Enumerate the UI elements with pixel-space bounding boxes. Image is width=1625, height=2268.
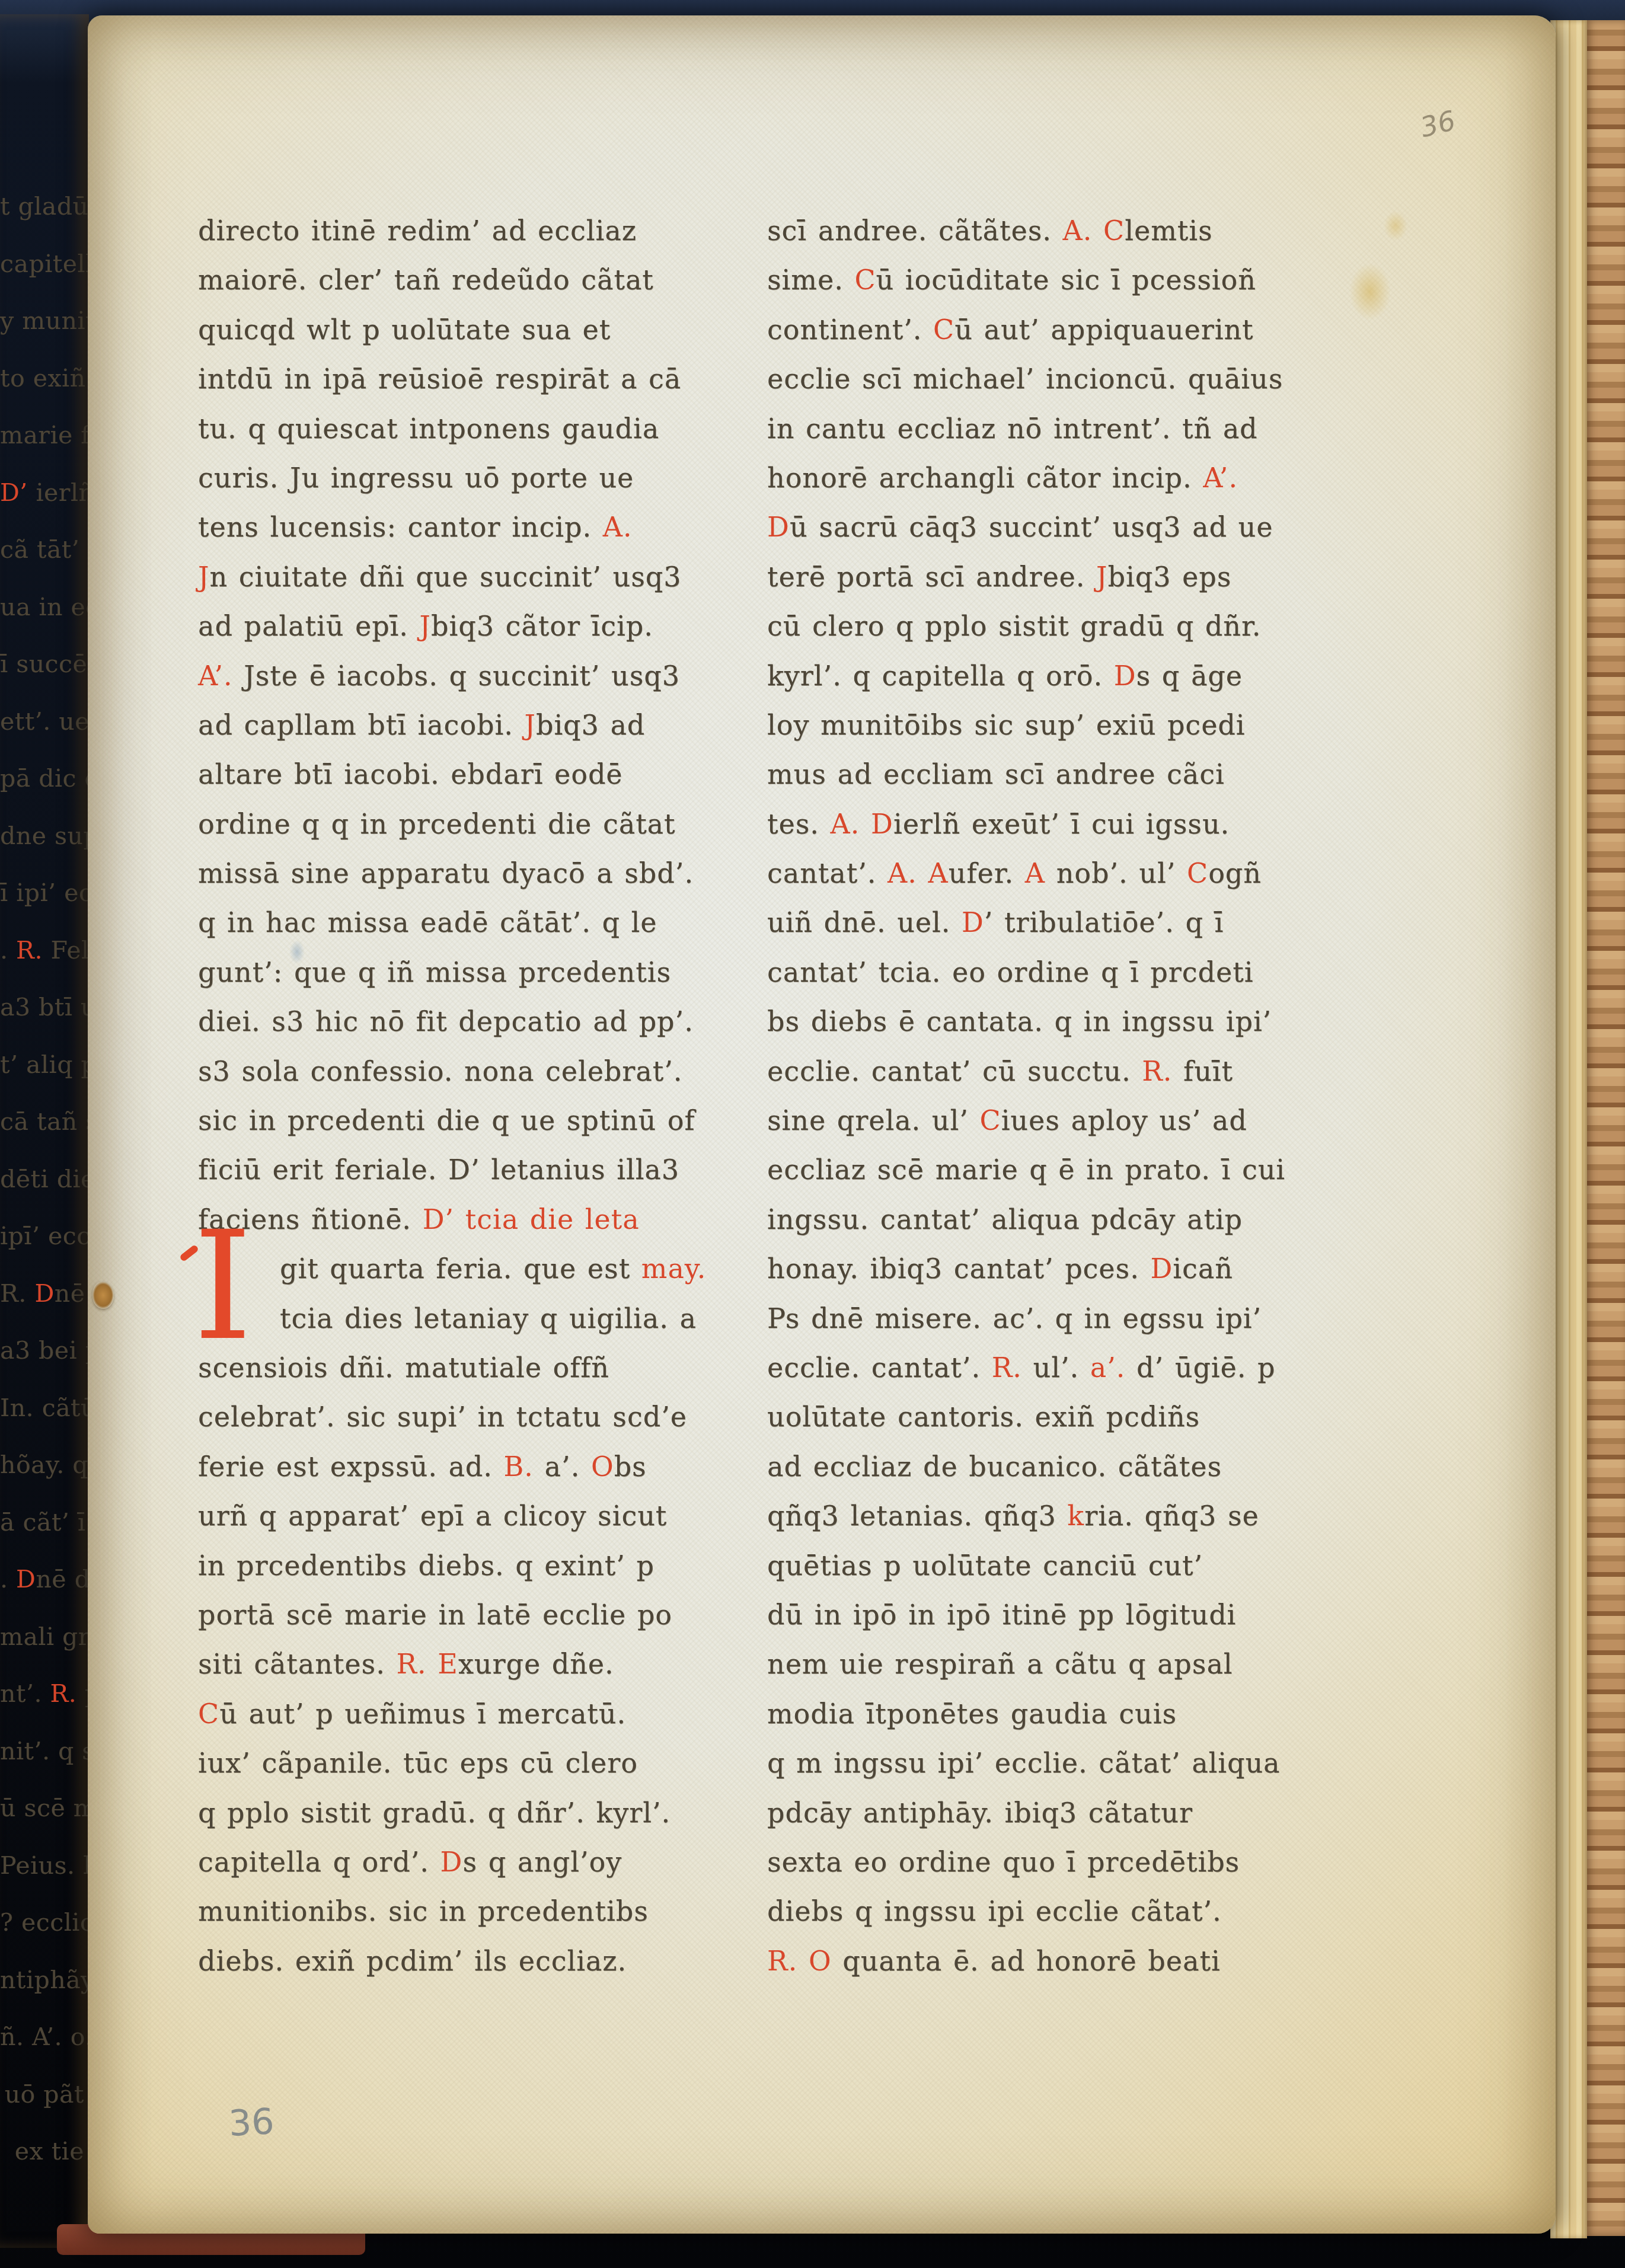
rubric-text: D <box>962 906 984 938</box>
body-text: biq3 eps <box>1108 561 1232 593</box>
manuscript-line: in cantu eccliaz nō intrent’. tñ ad <box>767 404 1330 453</box>
manuscript-line: sine qrela. ul’ Ciues aploy us’ ad <box>767 1096 1330 1145</box>
manuscript-line: a3 btī uitāl <box>0 979 89 1036</box>
body-text: ñ. A’. o. <box>0 2023 89 2051</box>
rubric-text: C <box>198 1698 219 1730</box>
manuscript-line: uō pãt <box>0 2066 89 2123</box>
body-text: urñ q apparat’ epī a clicoy sicut <box>198 1500 667 1532</box>
manuscript-line: ad capllam btī iacobi. Jbiq3 ad <box>198 701 723 750</box>
body-text: n ciuitate dñi que succinit’ usq3 <box>209 561 681 593</box>
manuscript-line: bs diebs ē cantata. q in ingssu ipi’ <box>767 997 1330 1046</box>
manuscript-line: ua in ecclia <box>0 579 89 636</box>
body-text: ā cãt’ ī pāy <box>0 1508 89 1537</box>
body-text: ex tie <box>15 2137 84 2165</box>
body-text: ficiū erit feriale. D’ letanius illa3 <box>198 1154 679 1186</box>
manuscript-line: gunt’: que q iñ missa prcedentis <box>198 948 723 997</box>
body-text: modia ītponētes gaudia cuis <box>767 1698 1177 1730</box>
rubric-text: B. <box>504 1451 534 1483</box>
body-text: continent’. <box>767 314 933 346</box>
parchment-stain <box>1384 211 1407 241</box>
body-text: ū scē ma <box>0 1794 89 1822</box>
manuscript-line: honorē archangli cãtor incip. A’. <box>767 453 1330 503</box>
body-text: iux’ cãpanile. tūc eps cū clero <box>198 1747 638 1779</box>
manuscript-line: uiñ dnē. uel. D’ tribulatiōe’. q ī <box>767 898 1330 947</box>
manuscript-line: urñ q apparat’ epī a clicoy sicut <box>198 1491 723 1541</box>
body-text <box>797 1945 809 1977</box>
body-text: s q āge <box>1136 660 1243 692</box>
body-text: ad eccliaz de bucanico. cãtãtes <box>767 1451 1222 1483</box>
rubric-text: R. <box>992 1352 1022 1384</box>
manuscript-line: ingssu. cantat’ aliqua pdcāy atip <box>767 1195 1330 1244</box>
body-text: ? ecclicā <box>0 1908 89 1937</box>
manuscript-line: tcia dies letaniay q uigilia. a <box>198 1294 723 1343</box>
manuscript-line: ñ. A’. o. <box>0 2008 89 2066</box>
manuscript-line: y munitōis’ <box>0 292 89 350</box>
manuscript-line: terē portā scī andree. Jbiq3 eps <box>767 552 1330 602</box>
manuscript-line: ad palatiū epī. Jbiq3 cãtor īcip. <box>198 602 723 651</box>
body-text: d’ ūgiē. p <box>1125 1352 1275 1384</box>
body-text <box>917 857 928 889</box>
text-column-left: directo itinē redim’ ad eccliazmaiorē. c… <box>198 206 723 1986</box>
body-text: to exiñ pr <box>0 364 89 392</box>
body-text: pā dic ordiq <box>0 764 89 793</box>
body-text: fuīt <box>1172 1055 1233 1087</box>
manuscript-line: ? ecclicā <box>0 1894 89 1951</box>
body-text: a’. <box>534 1451 591 1483</box>
manuscript-line: sexta eo ordine quo ī prcedētibs <box>767 1838 1330 1887</box>
body-text: icañ <box>1173 1253 1233 1285</box>
manuscript-line: ā cãt’ ī pāy <box>0 1494 89 1551</box>
body-text: ū aut’ p ueñimus ī mercatū. <box>219 1698 626 1730</box>
body-text: Ps dnē misere. ac’. q in egssu ipi’ <box>767 1302 1262 1334</box>
rubric-text: J <box>1096 561 1107 593</box>
manuscript-line: t gladū. q <box>0 178 89 235</box>
body-text: ierlñ ex <box>28 478 89 507</box>
body-text: hõay. qua <box>0 1451 89 1479</box>
manuscript-line: kyrl’. q capitella q orō. Ds q āge <box>767 651 1330 701</box>
rubric-text: A. <box>887 857 917 889</box>
body-text: ufer. <box>949 857 1025 889</box>
body-text: bs <box>614 1451 647 1483</box>
body-text: R. <box>0 1279 34 1308</box>
body-text: a3 bei pcd <box>0 1336 89 1365</box>
manuscript-line: diebs q ingssu ipi ecclie cãtat’. <box>767 1887 1330 1936</box>
rubric-text: D <box>34 1279 54 1308</box>
body-text: kyrl’. q capitella q orō. <box>767 660 1114 692</box>
rubric-text: E <box>438 1648 458 1680</box>
manuscript-line: dū in ipō in ipō itinē pp lōgitudi <box>767 1590 1330 1640</box>
body-text: capitella q <box>0 250 89 278</box>
body-text: quanta ē. ad honorē beati <box>832 1945 1221 1977</box>
body-text: scensiois dñi. matutiale offñ <box>198 1352 609 1384</box>
body-text: ecclie. cantat’. <box>767 1352 992 1384</box>
body-text: directo itinē redim’ ad eccliaz <box>198 215 637 247</box>
manuscript-line: diei. s3 hic nō fit depcatio ad pp’. <box>198 997 723 1046</box>
rubric-text: D <box>1150 1253 1173 1285</box>
rubric-text: D <box>871 808 893 840</box>
body-text: ordine q q in prcedenti die cãtat <box>198 808 676 840</box>
body-text: Felix <box>43 936 89 964</box>
manuscript-line: s3 sola confessio. nona celebrat’. <box>198 1047 723 1096</box>
manuscript-line: pdcāy antiphāy. ibiq3 cãtatur <box>767 1788 1330 1838</box>
body-text: uō pãt <box>5 2080 84 2109</box>
manuscript-line: munitionibs. sic in prcedentibs <box>198 1887 723 1936</box>
body-text: cã tāt’ aliq <box>0 535 89 564</box>
facing-page-edge: t gladū. qcapitella qy munitōis’to exiñ … <box>0 14 89 2248</box>
parchment-stain <box>1349 263 1391 320</box>
body-text: s q angl’oy <box>462 1846 622 1878</box>
body-text: sexta eo ordine quo ī prcedētibs <box>767 1846 1240 1878</box>
body-text: loy munitōibs sic sup’ exiū pcedi <box>767 709 1246 741</box>
manuscript-line: marie fōis <box>0 407 89 464</box>
manuscript-line: ecclie. cantat’ cū succtu. R. fuīt <box>767 1047 1330 1096</box>
body-text: q pplo sistit gradū. q dñr’. kyrl’. <box>198 1797 671 1829</box>
manuscript-line: directo itinē redim’ ad eccliaz <box>198 206 723 255</box>
manuscript-line: . R. Felix <box>0 922 89 979</box>
manuscript-line: ī succētu pr <box>0 635 89 693</box>
page-number-pencil: 36 <box>228 2101 275 2145</box>
manuscript-line: scensiois dñi. matutiale offñ <box>198 1343 723 1392</box>
body-text: marie fōis <box>0 421 89 449</box>
manuscript-line: ordine q q in prcedenti die cãtat <box>198 800 723 849</box>
body-text: ierlñ exeūt’ ī cui igssu. <box>893 808 1230 840</box>
body-text: qñq3 letanias. qñq3 <box>767 1500 1067 1532</box>
manuscript-line: capitella q ord’. Ds q angl’oy <box>198 1838 723 1887</box>
body-text: diei. s3 hic nō fit depcatio ad pp’. <box>198 1005 694 1037</box>
body-text: ū iocūditate sic ī pcessioñ <box>876 264 1256 296</box>
manuscript-line: q in hac missa eadē cãtāt’. q le <box>198 898 723 947</box>
manuscript-line: D’ ierlñ ex <box>0 464 89 522</box>
manuscript-line: ex tie <box>0 2123 89 2180</box>
body-text: y munitōis’ <box>0 306 89 335</box>
body-text: ī ipi’ ecclie. <box>0 879 89 907</box>
rubric-text: A’. <box>1203 462 1238 494</box>
body-text: bs diebs ē cantata. q in ingssu ipi’ <box>767 1005 1272 1037</box>
manuscript-line: ipī’ ecclie. <box>0 1208 89 1265</box>
body-text: honay. ibiq3 cantat’ pces. <box>767 1253 1150 1285</box>
body-text: missā sine apparatu dyacō a sbd’. <box>198 857 694 889</box>
rubric-text: R. <box>50 1679 76 1708</box>
body-text: nē d’s <box>36 1565 89 1593</box>
body-text: q in hac missa eadē cãtāt’. q le <box>198 906 657 938</box>
rubric-text: C <box>1187 857 1208 889</box>
body-text: cā tañ sē <box>0 1107 89 1136</box>
manuscript-line: altare btī iacobi. ebdarī eodē <box>198 750 723 799</box>
body-text: biq3 ad <box>536 709 645 741</box>
manuscript-line: a3 bei pcd <box>0 1322 89 1379</box>
rubric-text: k <box>1067 1500 1084 1532</box>
manuscript-line: nit’. q sic <box>0 1723 89 1780</box>
body-text: in prcedentibs diebs. q exint’ p <box>198 1550 655 1582</box>
body-text <box>427 1648 438 1680</box>
rubric-text: A. <box>1063 215 1093 247</box>
manuscript-line: cantat’. A. Aufer. A nob’. ul’ Cogñ <box>767 849 1330 898</box>
body-text: diebs q ingssu ipi ecclie cãtat’. <box>767 1895 1222 1927</box>
manuscript-line: mali grinē <box>0 1608 89 1666</box>
rubric-text: J <box>524 709 535 741</box>
body-text: nē pue <box>55 1279 89 1308</box>
body-text: ’ tribulatiōe’. q ī <box>984 906 1224 938</box>
manuscript-photo: t gladū. qcapitella qy munitōis’to exiñ … <box>0 0 1625 2268</box>
rubric-text: C <box>933 314 954 346</box>
manuscript-line: Ps dnē misere. ac’. q in egssu ipi’ <box>767 1294 1330 1343</box>
body-text: intdū in ipā reūsioē respirāt a cā <box>198 363 681 395</box>
body-text: sic in prcedenti die q ue sptinū of <box>198 1104 695 1136</box>
body-text: ū sacrū cāq3 succint’ usq3 ad ue <box>790 511 1273 543</box>
rubric-text: D’ <box>0 478 28 507</box>
book-fore-edge <box>1586 20 1625 2236</box>
body-text: altare btī iacobi. ebdarī eodē <box>198 758 623 790</box>
manuscript-line: Cū aut’ p ueñimus ī mercatū. <box>198 1689 723 1739</box>
rubric-text: D <box>16 1565 36 1593</box>
rubric-text: R. <box>767 1945 797 1977</box>
body-text: In. cãtū <box>0 1394 89 1422</box>
body-text: eccliaz scē marie q ē in prato. ī cui <box>767 1154 1285 1186</box>
body-text: in cantu eccliaz nō intrent’. tñ ad <box>767 413 1258 445</box>
rubric-text: O <box>591 1451 614 1483</box>
manuscript-line: iux’ cãpanile. tūc eps cū clero <box>198 1739 723 1788</box>
body-text: nob’. ul’ <box>1045 857 1187 889</box>
rubric-text: A’. <box>198 660 233 692</box>
manuscript-line: tes. A. Dierlñ exeūt’ ī cui igssu. <box>767 800 1330 849</box>
manuscript-line: ferie est expssū. ad. B. a’. Obs <box>198 1442 723 1491</box>
manuscript-line: siti cãtantes. R. Exurge dñe. <box>198 1640 723 1689</box>
body-text: terē portā scī andree. <box>767 561 1096 593</box>
body-text: portā scē marie in latē ecclie po <box>198 1599 672 1631</box>
body-text: . <box>0 1565 16 1593</box>
manuscript-line: Jn ciuitate dñi que succinit’ usq3 <box>198 552 723 602</box>
manuscript-line: cā tañ sē <box>0 1093 89 1151</box>
manuscript-line: missā sine apparatu dyacō a sbd’. <box>198 849 723 898</box>
manuscript-line: In. cãtū <box>0 1379 89 1437</box>
manuscript-line: ecclie. cantat’. R. ul’. a’. d’ ūgiē. p <box>767 1343 1330 1392</box>
manuscript-line: ett’. uel. ā’ <box>0 693 89 750</box>
body-text: maiorē. cler’ tañ redeũdo cãtat <box>198 264 654 296</box>
facing-page-text: t gladū. qcapitella qy munitōis’to exiñ … <box>0 14 89 2180</box>
rubric-text: J <box>198 561 209 593</box>
body-text: t’ aliq pdī <box>0 1050 89 1079</box>
rubric-text: R. <box>1142 1055 1172 1087</box>
body-text: q m ingssu ipi’ ecclie. cãtat’ aliqua <box>767 1747 1280 1779</box>
rubric-text: D’ tcia die leta <box>423 1203 640 1235</box>
rubric-text: C <box>1103 215 1125 247</box>
manuscript-line: q pplo sistit gradū. q dñr’. kyrl’. <box>198 1788 723 1838</box>
body-text: Peius. le <box>0 1851 89 1880</box>
body-text: ū aut’ appiquauerint <box>954 314 1253 346</box>
manuscript-line: celebrat’. sic supi’ in tctatu scd’e <box>198 1392 723 1442</box>
manuscript-line: nem uie respirañ a cãtu q apsal <box>767 1640 1330 1689</box>
body-text: ntiphãy <box>0 1966 89 1994</box>
body-text: mali grinē <box>0 1622 89 1651</box>
body-text: ett’. uel. ā’ <box>0 707 89 736</box>
body-text: ingssu. cantat’ aliqua pdcāy atip <box>767 1203 1243 1235</box>
body-text: cantat’ tcia. eo ordine q ī prcdeti <box>767 956 1253 988</box>
manuscript-line: ecclie scī michael’ incioncū. quāius <box>767 354 1330 404</box>
manuscript-line: continent’. Cū aut’ appiquauerint <box>767 305 1330 354</box>
manuscript-line: ficiū erit feriale. D’ letanius illa3 <box>198 1145 723 1194</box>
manuscript-line: q m ingssu ipi’ ecclie. cãtat’ aliqua <box>767 1739 1330 1788</box>
manuscript-line: pā dic ordiq <box>0 750 89 807</box>
body-text: munitionibs. sic in prcedentibs <box>198 1895 649 1927</box>
body-text: sine qrela. ul’ <box>767 1104 979 1136</box>
manuscript-line: curis. Ju ingressu uō porte ue <box>198 453 723 503</box>
body-text: capitella q ord’. <box>198 1846 440 1878</box>
manuscript-line: Dū sacrū cāq3 succint’ usq3 ad ue <box>767 503 1330 552</box>
body-text: lemtis <box>1125 215 1212 247</box>
manuscript-line: . Dnē d’s <box>0 1551 89 1608</box>
manuscript-line: cã tāt’ aliq <box>0 521 89 579</box>
manuscript-line: hõay. qua <box>0 1436 89 1494</box>
body-text: uolūtate cantoris. exiñ pcdiñs <box>767 1401 1200 1433</box>
body-text: xurge dñe. <box>458 1648 614 1680</box>
body-text: tcia dies letaniay q uigilia. a <box>280 1302 697 1334</box>
body-text: git quarta feria. que est <box>280 1253 641 1285</box>
body-text: celebrat’. sic supi’ in tctatu scd’e <box>198 1401 687 1433</box>
rubric-text: D <box>767 511 790 543</box>
manuscript-line: honay. ibiq3 cantat’ pces. Dicañ <box>767 1244 1330 1293</box>
manuscript-line: to exiñ pr <box>0 350 89 407</box>
body-text: ipī’ ecclie. <box>0 1222 89 1250</box>
manuscript-line: ntiphãy <box>0 1951 89 2009</box>
rubric-text: R. <box>396 1648 426 1680</box>
body-text: tu. q quiescat intponens gaudia <box>198 413 659 445</box>
manuscript-line: ī ipi’ ecclie. <box>0 864 89 922</box>
body-text: dēti die ū <box>0 1165 89 1193</box>
body-text: sime. <box>767 264 854 296</box>
rubric-text: O <box>809 1945 832 1977</box>
body-text: pdcāy antiphāy. ibiq3 cãtatur <box>767 1797 1193 1829</box>
wax-spot <box>92 1282 114 1309</box>
body-text: ua in ecclia <box>0 593 89 621</box>
manuscript-line: quētias p uolūtate canciū cut’ <box>767 1541 1330 1590</box>
manuscript-page: 36 directo itinē redim’ ad eccliazmaiorē… <box>88 15 1556 2234</box>
manuscript-line: qñq3 letanias. qñq3 kria. qñq3 se <box>767 1491 1330 1541</box>
manuscript-line: A’. Jste ē iacobs. q succinit’ usq3 <box>198 651 723 701</box>
body-text: quētias p uolūtate canciū cut’ <box>767 1550 1203 1582</box>
body-text: cū clero q pplo sistit gradū q dñr. <box>767 610 1262 642</box>
body-text: nit’. q sic <box>0 1737 89 1765</box>
manuscript-line: tens lucensis: cantor incip. A. <box>198 503 723 552</box>
manuscript-line: nt’. R. pe <box>0 1665 89 1723</box>
rubric-text: R. <box>16 936 43 964</box>
manuscript-line: modia ītponētes gaudia cuis <box>767 1689 1330 1739</box>
body-text: nt’. <box>0 1679 50 1708</box>
rubric-text: A. <box>603 511 633 543</box>
body-text: quicqd wlt p uolūtate sua et <box>198 314 611 346</box>
body-text: ī succētu pr <box>0 650 89 678</box>
rubric-text: J <box>420 610 431 642</box>
body-text: curis. Ju ingressu uō porte ue <box>198 462 634 494</box>
body-text: scī andree. cãtãtes. <box>767 215 1063 247</box>
manuscript-line: git quarta feria. que est may. <box>198 1244 723 1293</box>
body-text <box>860 808 871 840</box>
text-column-right: scī andree. cãtãtes. A. Clemtissime. Cū … <box>767 206 1330 1986</box>
drop-cap-initial: I <box>193 1226 270 1350</box>
rubric-text: A <box>1025 857 1045 889</box>
drop-cap-letter: I <box>193 1200 253 1373</box>
body-text: dū in ipō in ipō itinē pp lōgitudi <box>767 1599 1236 1631</box>
rubric-text: A. <box>831 808 860 840</box>
rubric-text: a’. <box>1090 1352 1126 1384</box>
body-text: a3 btī uitāl <box>0 993 89 1021</box>
page-edge-band <box>1550 20 1587 2238</box>
manuscript-line: uolūtate cantoris. exiñ pcdiñs <box>767 1392 1330 1442</box>
body-text: ogñ <box>1208 857 1262 889</box>
body-text: ria. qñq3 se <box>1084 1500 1259 1532</box>
manuscript-line: scī andree. cãtãtes. A. Clemtis <box>767 206 1330 255</box>
manuscript-line: R. O quanta ē. ad honorē beati <box>767 1937 1330 1986</box>
body-text: tes. <box>767 808 831 840</box>
manuscript-line: diebs. exiñ pcdim’ ils eccliaz. <box>198 1937 723 1986</box>
body-text: nem uie respirañ a cãtu q apsal <box>767 1648 1233 1680</box>
manuscript-line: tu. q quiescat intponens gaudia <box>198 404 723 453</box>
rubric-text: C <box>979 1104 1001 1136</box>
manuscript-line: mus ad eccliam scī andree cãci <box>767 750 1330 799</box>
body-text: tens lucensis: cantor incip. <box>198 511 603 543</box>
manuscript-line: faciens ñtionē. D’ tcia die leta <box>198 1195 723 1244</box>
manuscript-line: dne supius <box>0 807 89 865</box>
manuscript-line: ad eccliaz de bucanico. cãtãtes <box>767 1442 1330 1491</box>
body-text: uiñ dnē. uel. <box>767 906 962 938</box>
manuscript-line: ū scē ma <box>0 1780 89 1837</box>
body-text: honorē archangli cãtor incip. <box>767 462 1203 494</box>
body-text: diebs. exiñ pcdim’ ils eccliaz. <box>198 1945 627 1977</box>
body-text <box>1092 215 1103 247</box>
body-text: dne supius <box>0 822 89 850</box>
rubric-text: may. <box>641 1253 707 1285</box>
manuscript-line: cū clero q pplo sistit gradū q dñr. <box>767 602 1330 651</box>
body-text: gunt’: que q iñ missa prcedentis <box>198 956 671 988</box>
manuscript-line: sime. Cū iocūditate sic ī pcessioñ <box>767 255 1330 305</box>
manuscript-line: R. Dnē pue <box>0 1265 89 1323</box>
body-text: mus ad eccliam scī andree cãci <box>767 758 1225 790</box>
body-text: cantat’. <box>767 857 887 889</box>
rubric-text: D <box>440 1846 463 1878</box>
manuscript-line: Peius. le <box>0 1837 89 1895</box>
body-text: iues aploy us’ ad <box>1001 1104 1247 1136</box>
rubric-text: A <box>928 857 949 889</box>
folio-number: 36 <box>1417 104 1458 144</box>
body-text: pe <box>76 1679 89 1708</box>
manuscript-line: cantat’ tcia. eo ordine q ī prcdeti <box>767 948 1330 997</box>
body-text: s3 sola confessio. nona celebrat’. <box>198 1055 682 1087</box>
body-text: ad palatiū epī. <box>198 610 420 642</box>
manuscript-line: sic in prcedenti die q ue sptinū of <box>198 1096 723 1145</box>
body-text: biq3 cãtor īcip. <box>431 610 653 642</box>
body-text: ad capllam btī iacobi. <box>198 709 524 741</box>
manuscript-line: quicqd wlt p uolūtate sua et <box>198 305 723 354</box>
manuscript-line: portā scē marie in latē ecclie po <box>198 1590 723 1640</box>
body-text: ecclie. cantat’ cū succtu. <box>767 1055 1142 1087</box>
body-text: t gladū. q <box>0 192 89 221</box>
rubric-text: C <box>854 264 876 296</box>
manuscript-line: maiorē. cler’ tañ redeũdo cãtat <box>198 255 723 305</box>
body-text: . <box>0 936 16 964</box>
manuscript-line: capitella q <box>0 235 89 293</box>
body-text: ferie est expssū. ad. <box>198 1451 504 1483</box>
manuscript-line: dēti die ū <box>0 1151 89 1208</box>
manuscript-line: in prcedentibs diebs. q exint’ p <box>198 1541 723 1590</box>
body-text: Jste ē iacobs. q succinit’ usq3 <box>233 660 680 692</box>
manuscript-line: t’ aliq pdī <box>0 1036 89 1094</box>
body-text: ul’. <box>1022 1352 1090 1384</box>
manuscript-line: intdū in ipā reūsioē respirāt a cā <box>198 354 723 404</box>
body-text: siti cãtantes. <box>198 1648 396 1680</box>
rubric-text: D <box>1114 660 1136 692</box>
body-text: ecclie scī michael’ incioncū. quāius <box>767 363 1283 395</box>
manuscript-line: eccliaz scē marie q ē in prato. ī cui <box>767 1145 1330 1194</box>
manuscript-line: loy munitōibs sic sup’ exiū pcedi <box>767 701 1330 750</box>
